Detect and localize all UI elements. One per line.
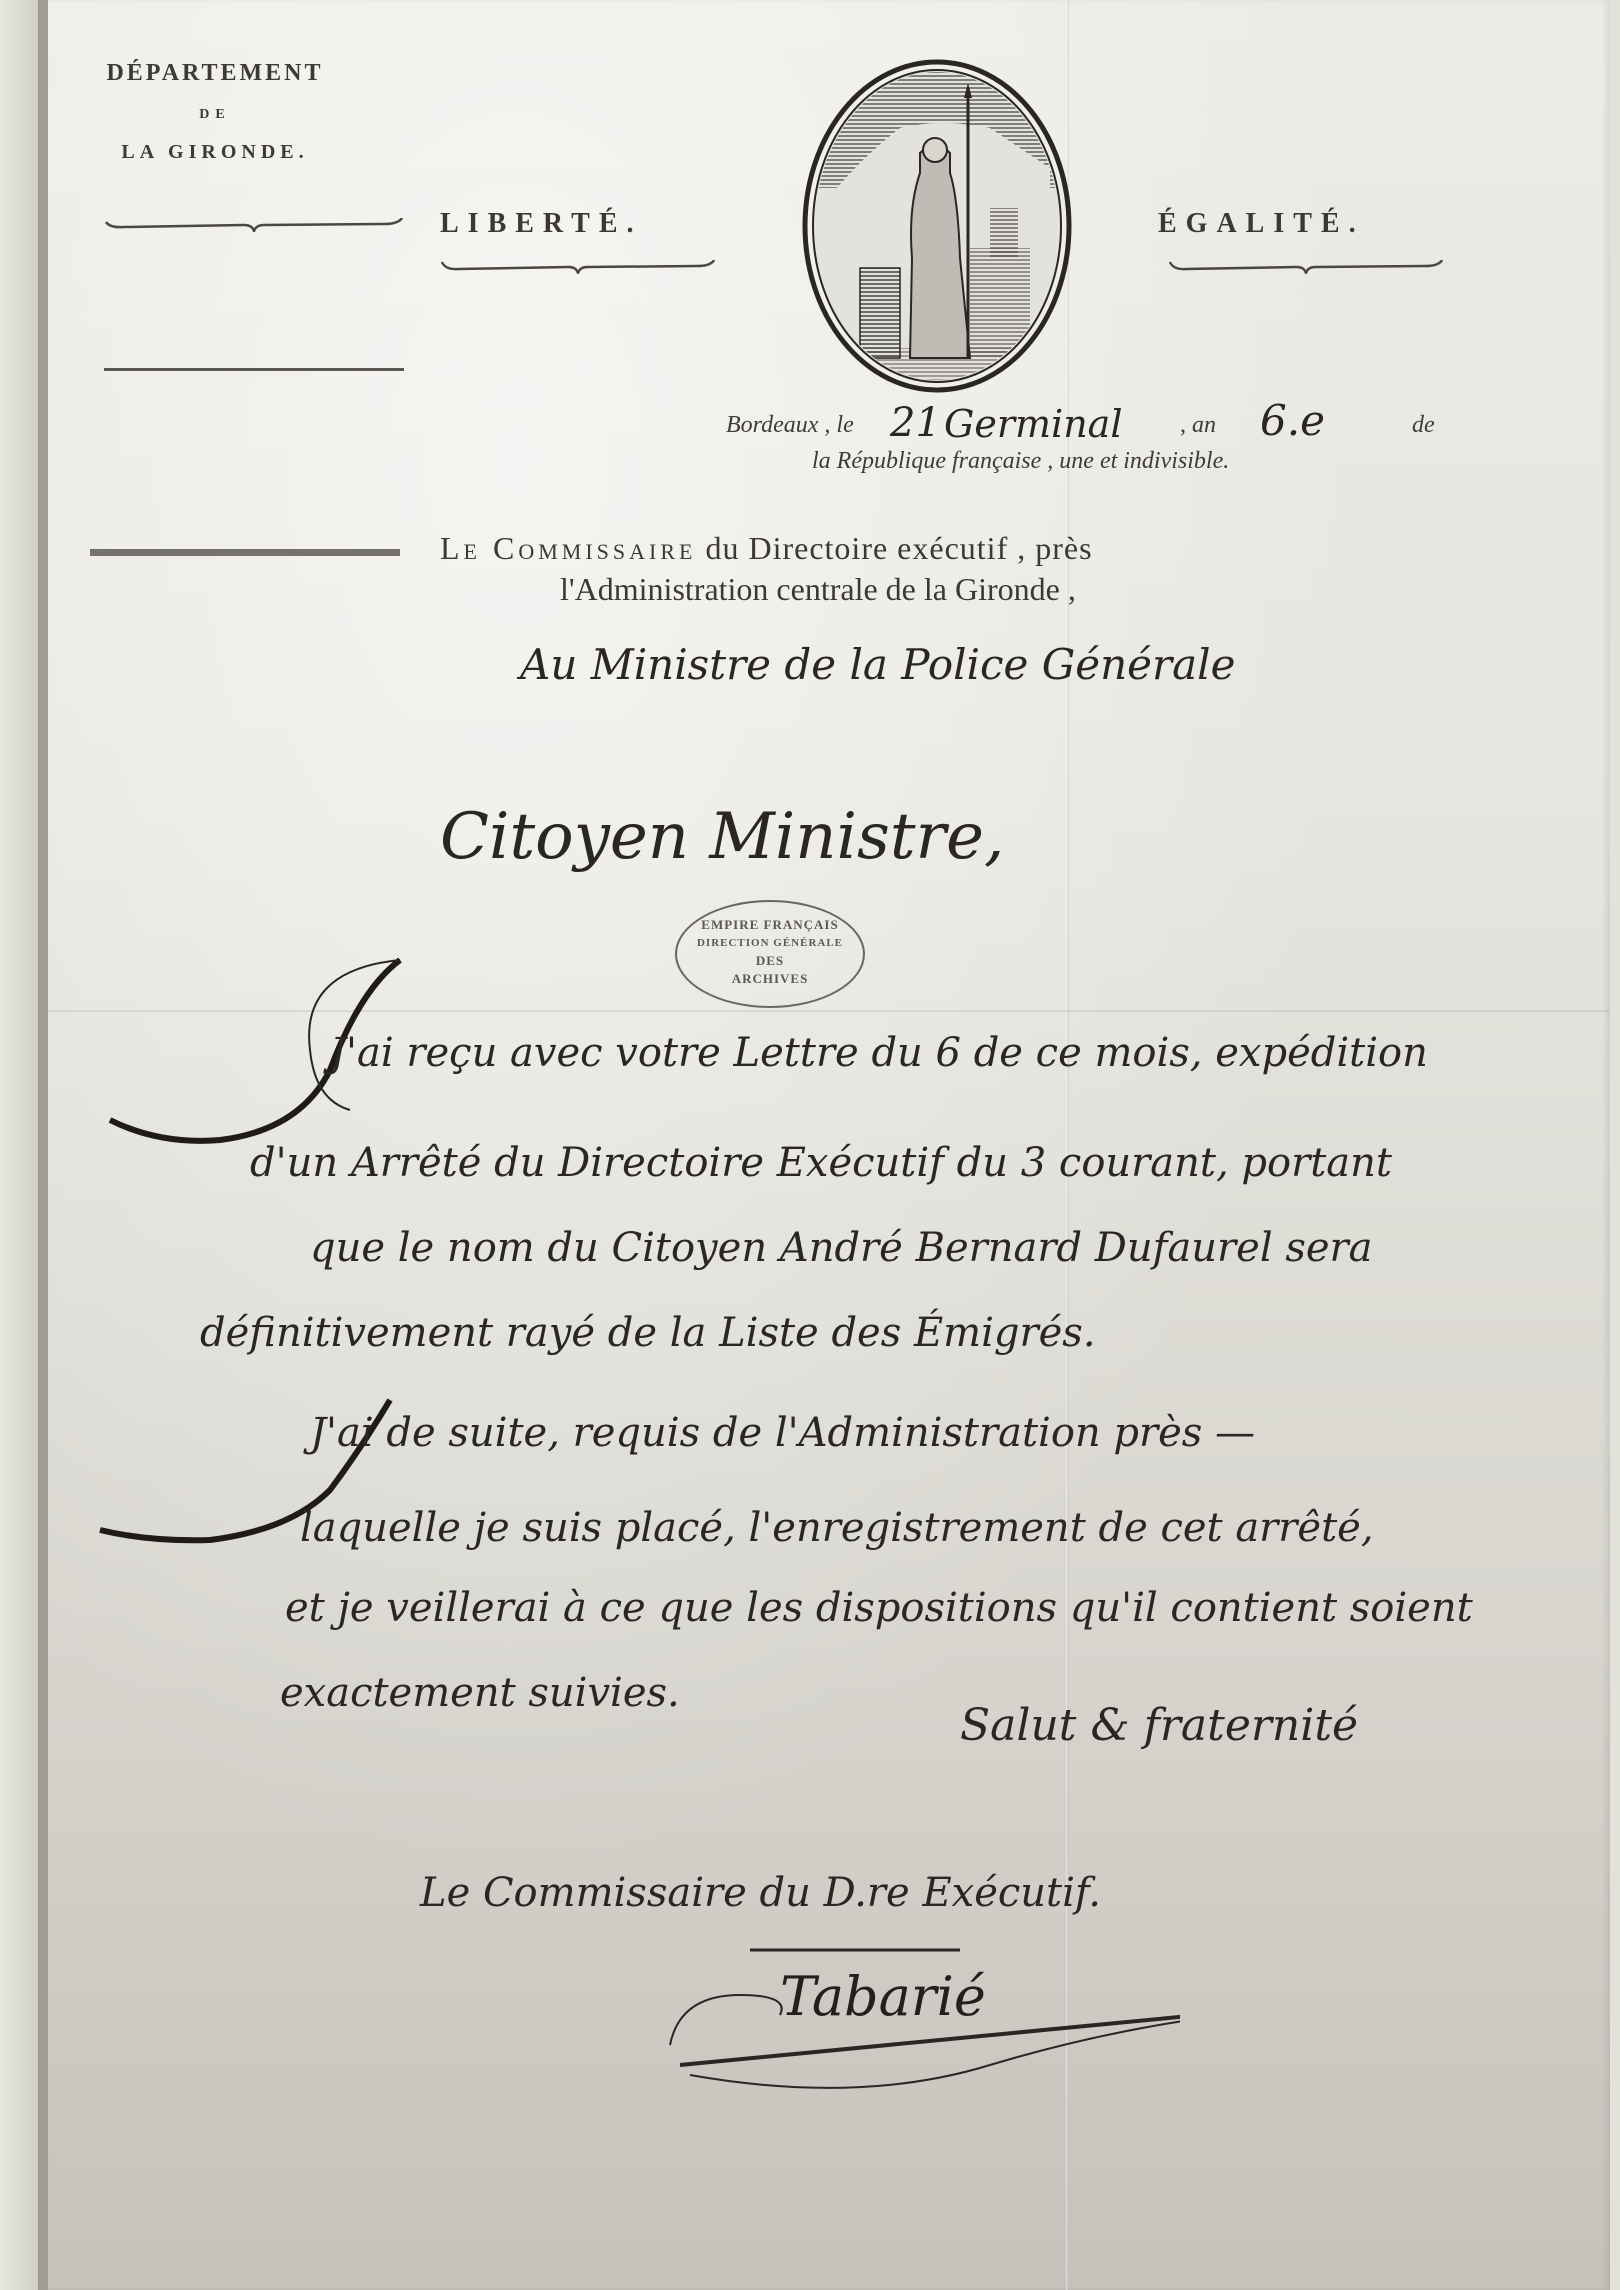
- sender-title-b: du Directoire exécutif , près: [705, 530, 1092, 566]
- department-heading: DÉPARTEMENT DE LA GIRONDE.: [60, 60, 370, 164]
- dateline-month: Germinal: [944, 402, 1122, 446]
- department-line1: DÉPARTEMENT: [60, 60, 370, 87]
- dateline-line2: la République française , une et indivis…: [812, 448, 1460, 486]
- signature-name: Tabarié: [780, 1965, 986, 2028]
- stamp-line4: ARCHIVES: [677, 970, 863, 988]
- sender-title-a: Le Commissaire: [440, 530, 696, 566]
- dateline-printed-de: de: [1412, 412, 1435, 439]
- body-p1-line1: J'ai reçu avec votre Lettre du 6 de ce m…: [330, 1030, 1428, 1076]
- body-p2-line1: J'ai de suite, requis de l'Administratio…: [310, 1410, 1255, 1456]
- body-p2-line3: et je veillerai à ce que les disposition…: [285, 1585, 1473, 1631]
- brace-rule-department: [104, 218, 404, 232]
- body-p1-line3: que le nom du Citoyen André Bernard Dufa…: [310, 1225, 1373, 1271]
- motto-egalite: ÉGALITÉ.: [1158, 208, 1365, 240]
- dateline-printed-prefix: Bordeaux , le: [726, 412, 854, 439]
- brace-rule-liberte: [440, 260, 716, 274]
- sender-title-line2: l'Administration centrale de la Gironde …: [560, 571, 1470, 608]
- addressee: Au Ministre de la Police Générale: [520, 640, 1235, 689]
- stamp-line3: DES: [677, 952, 863, 970]
- motto-liberte: LIBERTÉ.: [440, 208, 643, 240]
- closing-salutation: Salut & fraternité: [960, 1700, 1358, 1751]
- blank-rule-2: [90, 549, 400, 556]
- backdrop-left: [0, 0, 38, 2290]
- body-p1-line2: d'un Arrêté du Directoire Exécutif du 3 …: [250, 1140, 1392, 1186]
- body-p1-line4: définitivement rayé de la Liste des Émig…: [200, 1310, 1096, 1356]
- blank-rule-1: [104, 368, 404, 371]
- dateline-printed-an: , an: [1180, 412, 1216, 439]
- liberty-vignette-image: [800, 58, 1074, 394]
- stamp-line2: DIRECTION GÉNÉRALE: [677, 934, 863, 952]
- dateline: Bordeaux , le 21 Germinal , an 6.e de la…: [600, 406, 1460, 486]
- department-line3: LA GIRONDE.: [60, 141, 370, 164]
- sender-block: Le Commissaire du Directoire exécutif , …: [440, 530, 1470, 608]
- department-line2: DE: [60, 107, 370, 123]
- archive-stamp: EMPIRE FRANÇAIS DIRECTION GÉNÉRALE DES A…: [675, 900, 865, 1008]
- body-p2-line2: laquelle je suis placé, l'enregistrement…: [300, 1505, 1374, 1551]
- dateline-day: 21: [890, 400, 941, 446]
- signature-title: Le Commissaire du D.re Exécutif.: [420, 1870, 1101, 1916]
- dateline-year: 6.e: [1260, 396, 1325, 445]
- salutation: Citoyen Ministre,: [440, 800, 1004, 874]
- stamp-line1: EMPIRE FRANÇAIS: [677, 916, 863, 934]
- brace-rule-egalite: [1168, 260, 1444, 274]
- body-p2-line4: exactement suivies.: [280, 1670, 680, 1716]
- signature: Tabarié: [660, 1935, 1180, 2095]
